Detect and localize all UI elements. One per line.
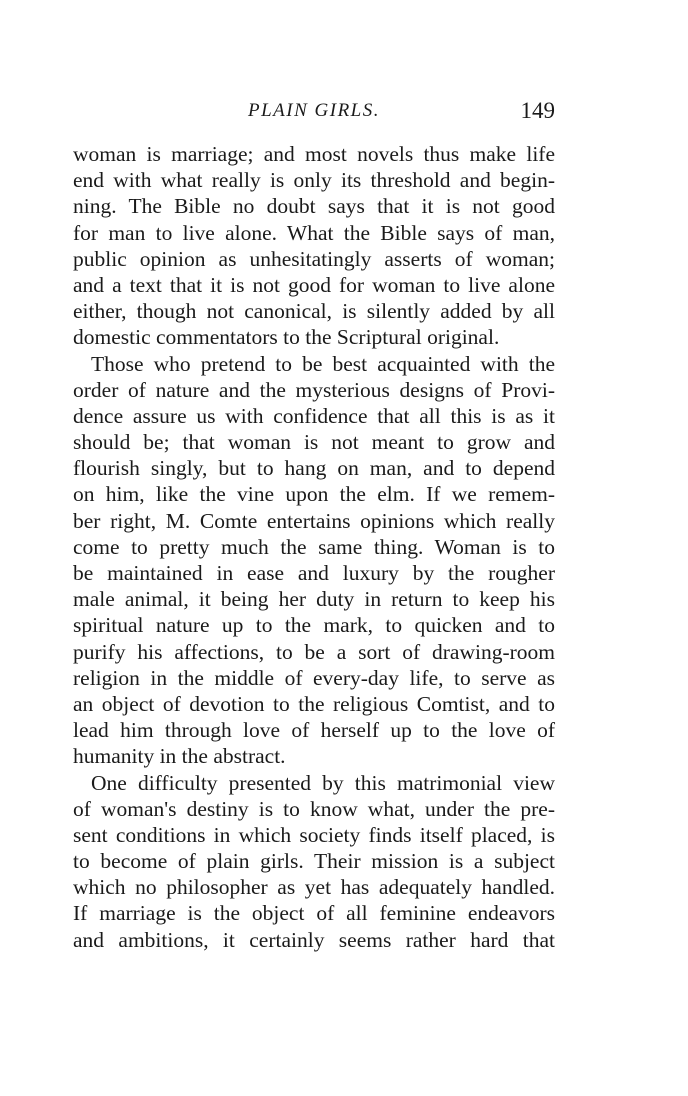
text-line: religion in the middle of every-day life… bbox=[73, 665, 555, 691]
paragraph-3: One difficulty presented by this matrimo… bbox=[73, 770, 555, 953]
text-line: an object of devotion to the religious C… bbox=[73, 691, 555, 717]
text-line: be maintained in ease and luxury by the … bbox=[73, 560, 555, 586]
text-line: come to pretty much the same thing. Woma… bbox=[73, 534, 555, 560]
text-line: lead him through love of herself up to t… bbox=[73, 717, 555, 743]
text-line: humanity in the abstract. bbox=[73, 743, 555, 769]
text-line: and ambitions, it certainly seems rather… bbox=[73, 927, 555, 953]
text-line: One difficulty presented by this matrimo… bbox=[73, 770, 555, 796]
text-line: Those who pretend to be best acquainted … bbox=[73, 351, 555, 377]
text-line: dence assure us with confidence that all… bbox=[73, 403, 555, 429]
text-line: woman is marriage; and most novels thus … bbox=[73, 141, 555, 167]
text-line: domestic commentators to the Scriptural … bbox=[73, 324, 555, 350]
text-line: end with what really is only its thresho… bbox=[73, 167, 555, 193]
text-line: to become of plain girls. Their mission … bbox=[73, 848, 555, 874]
running-title: PLAIN GIRLS. bbox=[73, 100, 555, 122]
body-text: woman is marriage; and most novels thus … bbox=[73, 141, 555, 953]
text-line: flourish singly, but to hang on man, and… bbox=[73, 455, 555, 481]
text-line: and a text that it is not good for woman… bbox=[73, 272, 555, 298]
text-line: order of nature and the mysterious desig… bbox=[73, 377, 555, 403]
text-line: sent conditions in which society finds i… bbox=[73, 822, 555, 848]
page-number: 149 bbox=[521, 98, 556, 124]
text-line: purify his affections, to be a sort of d… bbox=[73, 639, 555, 665]
book-page: PLAIN GIRLS. 149 woman is marriage; and … bbox=[0, 0, 688, 1096]
text-line: ber right, M. Comte entertains opinions … bbox=[73, 508, 555, 534]
paragraph-2: Those who pretend to be best acquainted … bbox=[73, 351, 555, 770]
text-line: either, though not canonical, is silentl… bbox=[73, 298, 555, 324]
text-line: public opinion as unhesitatingly asserts… bbox=[73, 246, 555, 272]
text-line: If marriage is the object of all feminin… bbox=[73, 900, 555, 926]
text-line: spiritual nature up to the mark, to quic… bbox=[73, 612, 555, 638]
paragraph-1: woman is marriage; and most novels thus … bbox=[73, 141, 555, 351]
text-line: which no philosopher as yet has adequate… bbox=[73, 874, 555, 900]
text-line: should be; that woman is not meant to gr… bbox=[73, 429, 555, 455]
running-head: PLAIN GIRLS. 149 bbox=[73, 98, 555, 128]
text-line: of woman's destiny is to know what, unde… bbox=[73, 796, 555, 822]
text-line: ning. The Bible no doubt says that it is… bbox=[73, 193, 555, 219]
text-line: male animal, it being her duty in return… bbox=[73, 586, 555, 612]
text-line: for man to live alone. What the Bible sa… bbox=[73, 220, 555, 246]
text-line: on him, like the vine upon the elm. If w… bbox=[73, 481, 555, 507]
